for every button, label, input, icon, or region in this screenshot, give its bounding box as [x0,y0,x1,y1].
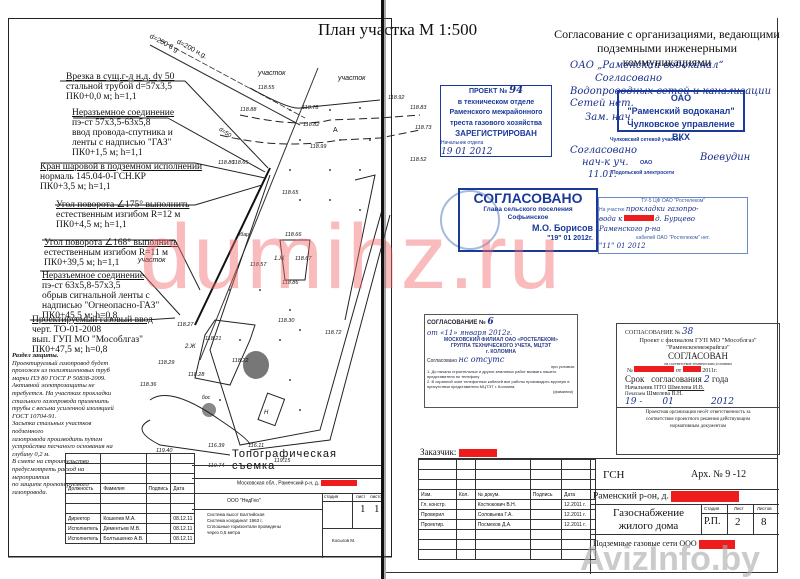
handwritten-note: нач-к уч. [582,157,629,168]
stamp-footer: (фамилия) [425,389,577,394]
watermark: AvizInfo.by [580,540,760,579]
approvals-header-line: Согласование с организациями, ведающими [552,27,782,41]
elevation-mark: 118.92 [388,95,404,101]
cell: Гл. констр. [419,500,457,510]
cell: Посмехов Д.А. [475,520,530,530]
protection-line: устройства песчаного основания на [12,443,117,451]
project-location: Раменский р-он, д. [593,491,739,502]
term-label: года [712,374,728,384]
customer-label: Заказчик: [420,447,456,457]
stamp-line: Проект с филиалом ГУП МО "Мособлгаз" [617,337,779,344]
stamp-line: Раменского межрайонного [441,108,551,119]
cell: Проектир. [419,520,457,530]
annotation-line: ПК0+0,0 м; h=1,1 [66,92,174,102]
cell [530,520,561,530]
stamp-electro-line: Чулковский сетевой участок [610,137,681,143]
elevation-mark: 118.65 [282,190,298,196]
stamp-mosoblgaz: СОГЛАСОВАНИЕ № 38 Проект с филиалом ГУП … [616,323,780,455]
stamp-line: ТУ-5 ЦФ ОАО "Ростелеком" [599,198,747,205]
stamp-electro-line: ОАО [640,160,652,166]
table-row: Гл. констр. Костюкович В.Н. 12.2011 г. [419,500,596,510]
cell: Директор [66,514,101,524]
topo-system-note: через 0,5 метра [207,530,281,536]
stamp-note: соответствие проектного решения действую… [617,416,779,423]
stamp-line: На участке [599,207,624,213]
cell: Соловьева Г.А. [475,510,530,520]
house-label: Н [264,410,268,416]
redaction [683,366,701,372]
elevation-mark: 118.83 [410,105,426,111]
cell [530,510,561,520]
handwritten-note: ОАО „Раменский водоканал“ [570,60,724,71]
sheet-number: 2 [735,516,741,528]
column-header: Стадия [704,506,719,511]
topo-author: Косыгов М. [332,538,355,543]
cell [456,500,475,510]
location-text: Раменский р-он, д. [593,492,669,502]
elevation-mark: 118.65 [232,160,248,166]
protection-line: стального газопровода применить [12,398,117,406]
stamp-line: треста газового хозяйства [441,119,551,130]
annotation-line: ПК0+3,5 м; h=1,1 [40,182,202,192]
stamp-date: от «11» января 2012г. [425,329,577,337]
cell [146,534,171,544]
project-number: 94 [509,85,523,96]
sheets-count: 8 [761,516,767,528]
elevation-mark: 118.21 [205,336,221,342]
protection-line: трубы с весьма усиленной изоляцией [12,405,117,413]
annotation-line: ввод провода-спутника и [72,128,174,138]
annotation-gas-inlet: Проектируемый газовый ввод черт. ТО-01-2… [32,315,153,355]
redaction [671,491,739,502]
table-row: Проектир. Посмехов Д.А. 12.2011 г. [419,520,596,530]
topo-signature-grid: Должность Фамилия Подпись Дата Директор … [65,453,192,557]
term-value: 2 [704,375,710,385]
cell [456,520,475,530]
stamp-date-month: 01 [662,397,673,407]
annotation-line: Кран шаровой в подземном исполнении [40,162,202,172]
stamp-note: нормативным документам [617,423,779,430]
elevation-mark: 118.22 [232,358,248,364]
column-header: Подпись [146,484,171,494]
annotation-line: ленты с надписью "ГАЗ" [72,138,174,148]
column-header: Подпись [530,490,561,500]
stamp-line: ПРОЕКТ № 94 [441,86,551,98]
column-header: Лист [734,506,744,511]
annotation-line: Врезка в сущ.г-д н.д. dy 50 [66,72,174,82]
column-header: Должность [66,484,101,494]
stamp-line: ЗАРЕГИСТРИРОВАН [441,129,551,140]
column-header: стадия [324,494,338,499]
sheets-count: 1 [374,503,380,515]
stamp-condition: 1. До начала строительных и других земля… [425,369,577,379]
stamp-date: 19 01 2012 [441,147,551,158]
elevation-mark: 118.30 [278,318,294,324]
stage-value: Р.П. [704,516,721,527]
approval-number: 6 [487,317,493,327]
elevation-mark: 118.36 [140,382,156,388]
cell: Болтышенко А.В. [101,534,146,544]
redaction [459,449,497,457]
stamp-line: "Раменский водоканал" [619,105,743,118]
table-row: Директор Кошелев М.А. 08.12.11 [66,514,195,524]
stamp-date: "11" 01 2012 [599,242,747,251]
annotation-line: стальной трубой d=57x3,5 [66,82,174,92]
stamp-vodokanal: ОАО "Раменский водоканал" Чулковское упр… [617,90,745,132]
elevation-mark: 116.39 [208,443,224,449]
stamp-date-day: 19 [625,397,636,407]
zone-label: А [333,127,338,134]
customer-field: Заказчик: [420,447,497,457]
elevation-mark: 118.78 [302,105,318,111]
elevation-mark: 118.88 [240,107,256,113]
elevation-mark: 118.29 [158,360,174,366]
cell: Кошелев М.А. [101,514,146,524]
protection-heading: Раздел защиты. [12,352,117,360]
sheet-number: 1 [360,503,366,515]
handwritten-entry: Раменского р-на [599,225,660,233]
redaction [624,215,654,221]
column-header: лист [356,494,365,499]
handwritten-entry: вода к [599,215,622,223]
handwritten-entry: прокладки газопро- [626,205,699,213]
cell [146,514,171,524]
stamp-title: СОГЛАСОВАНО [460,190,596,206]
handwritten-entry: д. Бурцево [655,215,695,223]
column-header: Изм. [419,490,457,500]
protection-line: Проектируемый газопровод будет [12,360,117,368]
well-label: бос [202,395,210,401]
stamp-date-year: 2012 [711,397,734,407]
annotation-line: Неразъемное соединение [72,108,174,118]
cell: Исполнитель [66,534,101,544]
annotation-line: ПК0+1,5 м; h=1,1 [72,148,174,158]
stamp-line: СОГЛАСОВАНИЕ № [427,320,486,326]
protection-line: ГОСТ 10704-91. [12,413,117,421]
protection-line: марки ПЭ 80 ГОСТ Р 50838-2009. [12,375,117,383]
term-label: согласования [651,374,702,384]
stamp-line: кабелей ОАО "Ростелеком" нет. [599,235,747,242]
stamp-electro-line: Подольской электросети [612,170,674,176]
column-header: № докум. [475,490,530,500]
stamp-project-registered: ПРОЕКТ № 94 в техническом отделе Раменск… [440,85,552,157]
protection-line: газопровода производить путем [12,436,117,444]
redaction [634,366,674,372]
project-name: жилого дома [601,520,696,533]
protection-line: Засыпка стальных участков подземного [12,420,117,435]
elevation-mark: 118.28 [188,372,204,378]
protection-line: проложен из полиэтиленовых труб [12,367,117,375]
table-row: Проверил Соловьева Г.А. 12.2011 г. [419,510,596,520]
topo-signature-table: Должность Фамилия Подпись Дата Директор … [65,453,195,544]
annotation-line: пэ-ст 57x3,5-63x5,8 [72,118,174,128]
address-text: Московская обл., Раменский р-н, д. [237,480,319,486]
annotation-valve: Кран шаровой в подземном исполнении норм… [40,162,202,192]
annotation-line: вып. ГУП МО "Мособлгаз" [32,335,153,345]
handwritten-note: Согласовано [595,73,662,84]
archive-number: Арх. № 9 -12 [691,469,746,480]
house-label: 2.Ж [185,344,196,350]
annotation-line: Проектируемый газовый ввод [32,315,153,325]
stamp-line: СОГЛАСОВАН [617,351,779,361]
stamp-line: в техническом отделе [441,98,551,109]
plan-title: План участка М 1:500 [318,20,477,40]
stamp-condition: 2. В охранной зоне телефонных кабелей вс… [425,379,577,389]
project-code: ГСН [603,469,625,481]
cell [456,510,475,520]
plot-label: участок [338,75,365,82]
stamp-line: "Раменскоемежрайгаз" [617,344,779,351]
topo-title-block: Топографическая съемка Московская обл., … [192,465,382,558]
cell: Костюкович В.Н. [475,500,530,510]
elevation-mark: 118.52 [410,157,426,163]
annotation-line: черт. ТО-01-2008 [32,325,153,335]
stamp-line: Начальник отдела [441,140,551,147]
stamp-moscow-rostelecom: СОГЛАСОВАНИЕ № 6 от «11» января 2012г. М… [424,314,578,408]
sheet-fold-shadow [384,0,386,579]
project-name: Газоснабжение [601,507,696,520]
topo-title: Топографическая съемка [232,448,382,472]
stamp-line: ОАО [619,92,743,105]
cell: Проверил [419,510,457,520]
cell [530,500,561,510]
cell: Дементьев М.В. [101,524,146,534]
revision-table: Изм. Кол. № докум. Подпись Дата Гл. конс… [418,459,596,560]
table-row: Исполнитель Дементьев М.В. 08.12.11 [66,524,195,534]
elevation-mark: 118.99 [310,144,326,150]
column-header: Кол. [456,490,475,500]
elevation-mark: 118.82 [303,122,319,128]
stamp-note: Проектная организация несёт ответственно… [617,409,779,416]
stamp-rostelecom-tu5: ТУ-5 ЦФ ОАО "Ростелеком" На участке прок… [598,197,748,254]
approval-number: 38 [682,327,693,337]
handwritten-signature: Воевудин [700,152,750,163]
stamp-line: СОГЛАСОВАНИЕ № [625,330,680,336]
stamp-line: Согласовано [427,358,457,364]
topo-company: ООО "НедГео" [227,498,261,504]
watermark: dumihz.ru [140,205,562,310]
column-header: Фамилия [101,484,146,494]
column-header: Листов [757,506,772,511]
cell [146,524,171,534]
annotation-tie-in: Врезка в сущ.г-д н.д. dy 50 стальной тру… [66,72,174,102]
redaction [321,480,357,486]
elevation-mark: 118.72 [325,330,341,336]
handwritten-note: Согласовано [570,145,637,156]
elevation-mark: 118.55 [258,85,274,91]
table-row: Исполнитель Болтышенко А.В. 08.12.11 [66,534,195,544]
annotation-line: нормаль 145.04-0-ГСН.КР [40,172,202,182]
annotation-joint-1: Неразъемное соединение пэ-ст 57x3,5-63x5… [72,108,174,158]
plot-label: участок [258,70,285,77]
handwritten-entry: нс отсутс [458,355,504,364]
term-label: Срок [625,374,644,384]
cell: Исполнитель [66,524,101,534]
protection-line: Активной электрозащиты не [12,382,117,390]
elevation-mark: 118.27 [177,322,193,328]
topo-address: Московская обл., Раменский р-н, д. [237,480,357,486]
protection-line: требуется. На участках прокладки [12,390,117,398]
elevation-mark: 118.73 [415,125,431,131]
